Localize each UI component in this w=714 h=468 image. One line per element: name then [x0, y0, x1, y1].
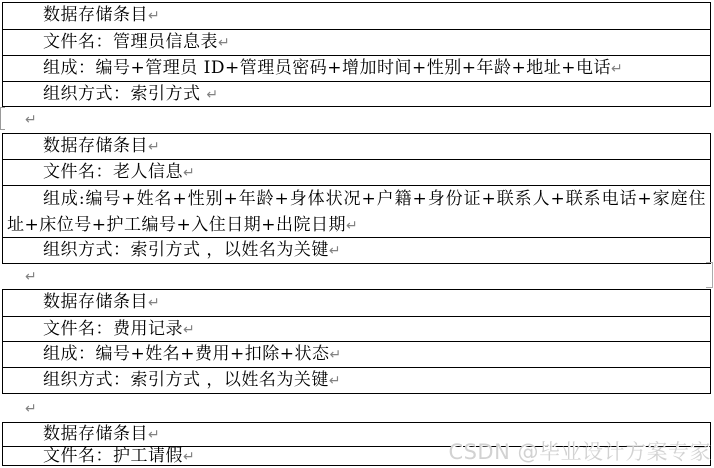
right-margin-bracket-mark: [706, 262, 713, 288]
table-row: 组织方式：索引方式 ↵: [3, 81, 710, 106]
table-row: 组织方式：索引方式 ，以姓名为关键↵: [3, 367, 710, 393]
table-row: 文件名：老人信息↵: [3, 159, 710, 185]
paragraph-mark-icon: ↵: [183, 165, 195, 181]
document-page: 数据存储条目↵ 文件名：管理员信息表↵ 组成：编号+管理员 ID+管理员密码+增…: [0, 0, 714, 468]
paragraph-mark-icon: ↵: [218, 35, 230, 51]
cell-text: 组织方式：索引方式 ，以姓名为关键: [43, 370, 329, 390]
table-row: 数据存储条目↵: [3, 134, 710, 159]
paragraph-mark-icon: ↵: [148, 427, 160, 443]
paragraph-mark-icon: ↵: [183, 449, 195, 465]
paragraph-mark-icon: ↵: [25, 398, 37, 420]
table-row: 文件名：管理员信息表↵: [3, 29, 710, 55]
cell-text: 数据存储条目: [43, 5, 148, 25]
data-storage-table-fees: 数据存储条目↵ 文件名：费用记录↵ 组成：编号+姓名+费用+扣除+状态↵ 组织方…: [2, 289, 711, 394]
table-row: 文件名：费用记录↵: [3, 316, 710, 341]
table-row: 组成:编号+姓名+性别+年龄+身体状况+户籍+身份证+联系人+联系电话+家庭住址…: [3, 185, 710, 237]
paragraph-mark-icon: ↵: [206, 87, 218, 103]
paragraph-mark-icon: ↵: [25, 109, 37, 131]
cell-text: 文件名：费用记录: [43, 319, 183, 339]
table-row: 组成：编号+管理员 ID+管理员密码+增加时间+性别+年龄+地址+电话↵: [3, 55, 710, 81]
cell-text: 数据存储条目: [43, 136, 148, 156]
paragraph-mark-icon: ↵: [329, 243, 341, 259]
paragraph-mark-icon: ↵: [346, 218, 358, 234]
cell-text: 文件名：管理员信息表: [43, 32, 218, 52]
table-row: 数据存储条目↵: [3, 3, 710, 29]
cell-text: 组织方式：索引方式 ，以姓名为关键: [43, 240, 329, 260]
paragraph-mark-icon: ↵: [329, 347, 341, 363]
paragraph-mark-icon: ↵: [183, 322, 195, 338]
cell-text: 数据存储条目: [43, 292, 148, 312]
left-margin-bracket-mark: [0, 107, 5, 130]
paragraph-mark-icon: ↵: [25, 266, 37, 288]
paragraph-mark-icon: ↵: [329, 373, 341, 389]
table-row: 组成：编号+姓名+费用+扣除+状态↵: [3, 341, 710, 367]
paragraph-mark-icon: ↵: [148, 295, 160, 311]
paragraph-mark-icon: ↵: [148, 8, 160, 24]
data-storage-table-elder: 数据存储条目↵ 文件名：老人信息↵ 组成:编号+姓名+性别+年龄+身体状况+户籍…: [2, 133, 711, 264]
table-row: 数据存储条目↵: [3, 290, 710, 316]
table-row: 组织方式：索引方式 ，以姓名为关键↵: [3, 237, 710, 263]
cell-text: 文件名：老人信息: [43, 162, 183, 182]
cell-text: 文件名：护工请假: [43, 446, 183, 465]
cell-text: 组织方式：索引方式: [43, 84, 206, 104]
paragraph-mark-icon: ↵: [611, 61, 623, 77]
csdn-watermark: CSDN @毕业设计方案专家: [448, 436, 711, 466]
cell-text: 组成：编号+管理员 ID+管理员密码+增加时间+性别+年龄+地址+电话: [43, 58, 611, 78]
paragraph-mark-icon: ↵: [148, 139, 160, 155]
data-storage-table-admin: 数据存储条目↵ 文件名：管理员信息表↵ 组成：编号+管理员 ID+管理员密码+增…: [2, 2, 711, 107]
cell-text: 组成：编号+姓名+费用+扣除+状态: [43, 344, 329, 364]
cell-text: 数据存储条目: [43, 424, 148, 444]
